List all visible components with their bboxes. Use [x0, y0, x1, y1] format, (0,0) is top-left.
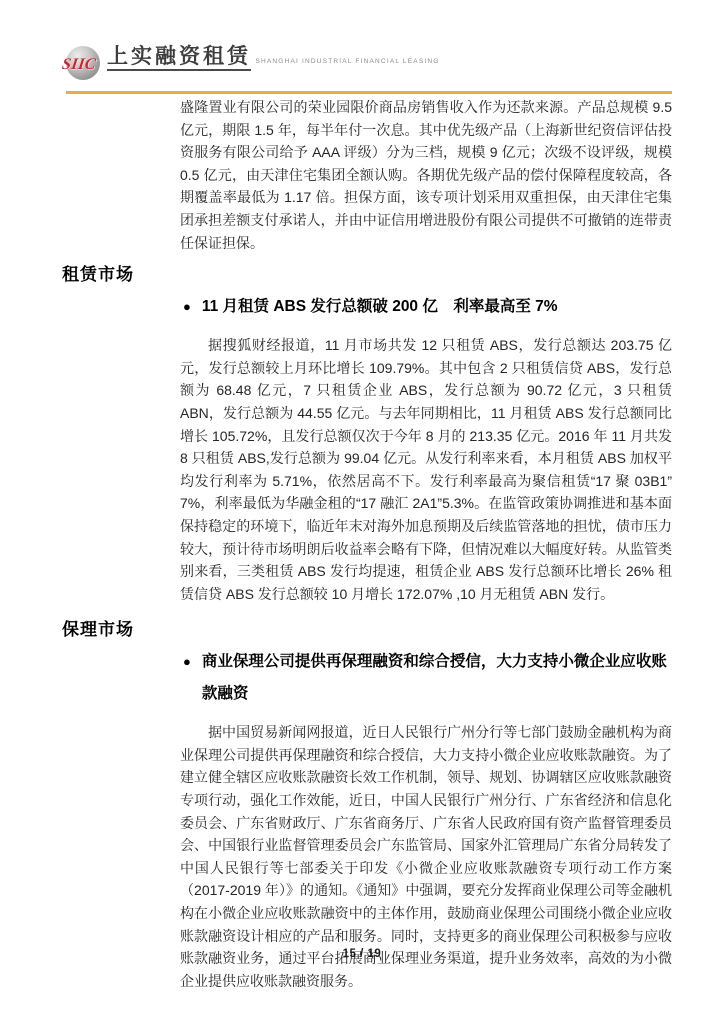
company-logo: SIIC 上实融资租赁 SHANGHAI INDUSTRIAL FINANCIA…	[66, 44, 440, 80]
leasing-bullet-item: ● 11 月租赁 ABS 发行总额破 200 亿 利率最高至 7%	[183, 291, 672, 323]
document-page: SIIC 上实融资租赁 SHANGHAI INDUSTRIAL FINANCIA…	[0, 0, 724, 1023]
leasing-bullet-title: 11 月租赁 ABS 发行总额破 200 亿 利率最高至 7%	[202, 291, 672, 323]
factoring-bullet-title: 商业保理公司提供再保理融资和综合授信，大力支持小微企业应收账款融资	[202, 646, 672, 710]
bullet-icon: ●	[183, 646, 191, 678]
bullet-icon: ●	[183, 291, 191, 323]
header-divider	[66, 91, 672, 94]
factoring-bullet-item: ● 商业保理公司提供再保理融资和综合授信，大力支持小微企业应收账款融资	[183, 646, 672, 710]
siic-globe-icon: SIIC	[66, 46, 100, 80]
section-heading-factoring-market: 保理市场	[62, 619, 672, 641]
document-body: 盛隆置业有限公司的荣业园限价商品房销售收入作为还款来源。产品总规模 9.5 亿元…	[62, 96, 672, 992]
footer: 15 / 19	[0, 944, 724, 962]
intro-paragraph: 盛隆置业有限公司的荣业园限价商品房销售收入作为还款来源。产品总规模 9.5 亿元…	[180, 96, 672, 254]
header: SIIC 上实融资租赁 SHANGHAI INDUSTRIAL FINANCIA…	[66, 44, 440, 80]
logo-english-name: SHANGHAI INDUSTRIAL FINANCIAL LEASING	[255, 58, 439, 65]
leasing-body-paragraph: 据搜狐财经报道，11 月市场共发 12 只租赁 ABS，发行总额达 203.75…	[180, 334, 672, 605]
page-number: 15 / 19	[343, 948, 382, 960]
logo-chinese-name: 上实融资租赁	[107, 45, 251, 71]
section-heading-leasing-market: 租赁市场	[62, 264, 672, 286]
logo-text: 上实融资租赁 SHANGHAI INDUSTRIAL FINANCIAL LEA…	[107, 44, 440, 69]
siic-wordmark: SIIC	[61, 57, 97, 73]
